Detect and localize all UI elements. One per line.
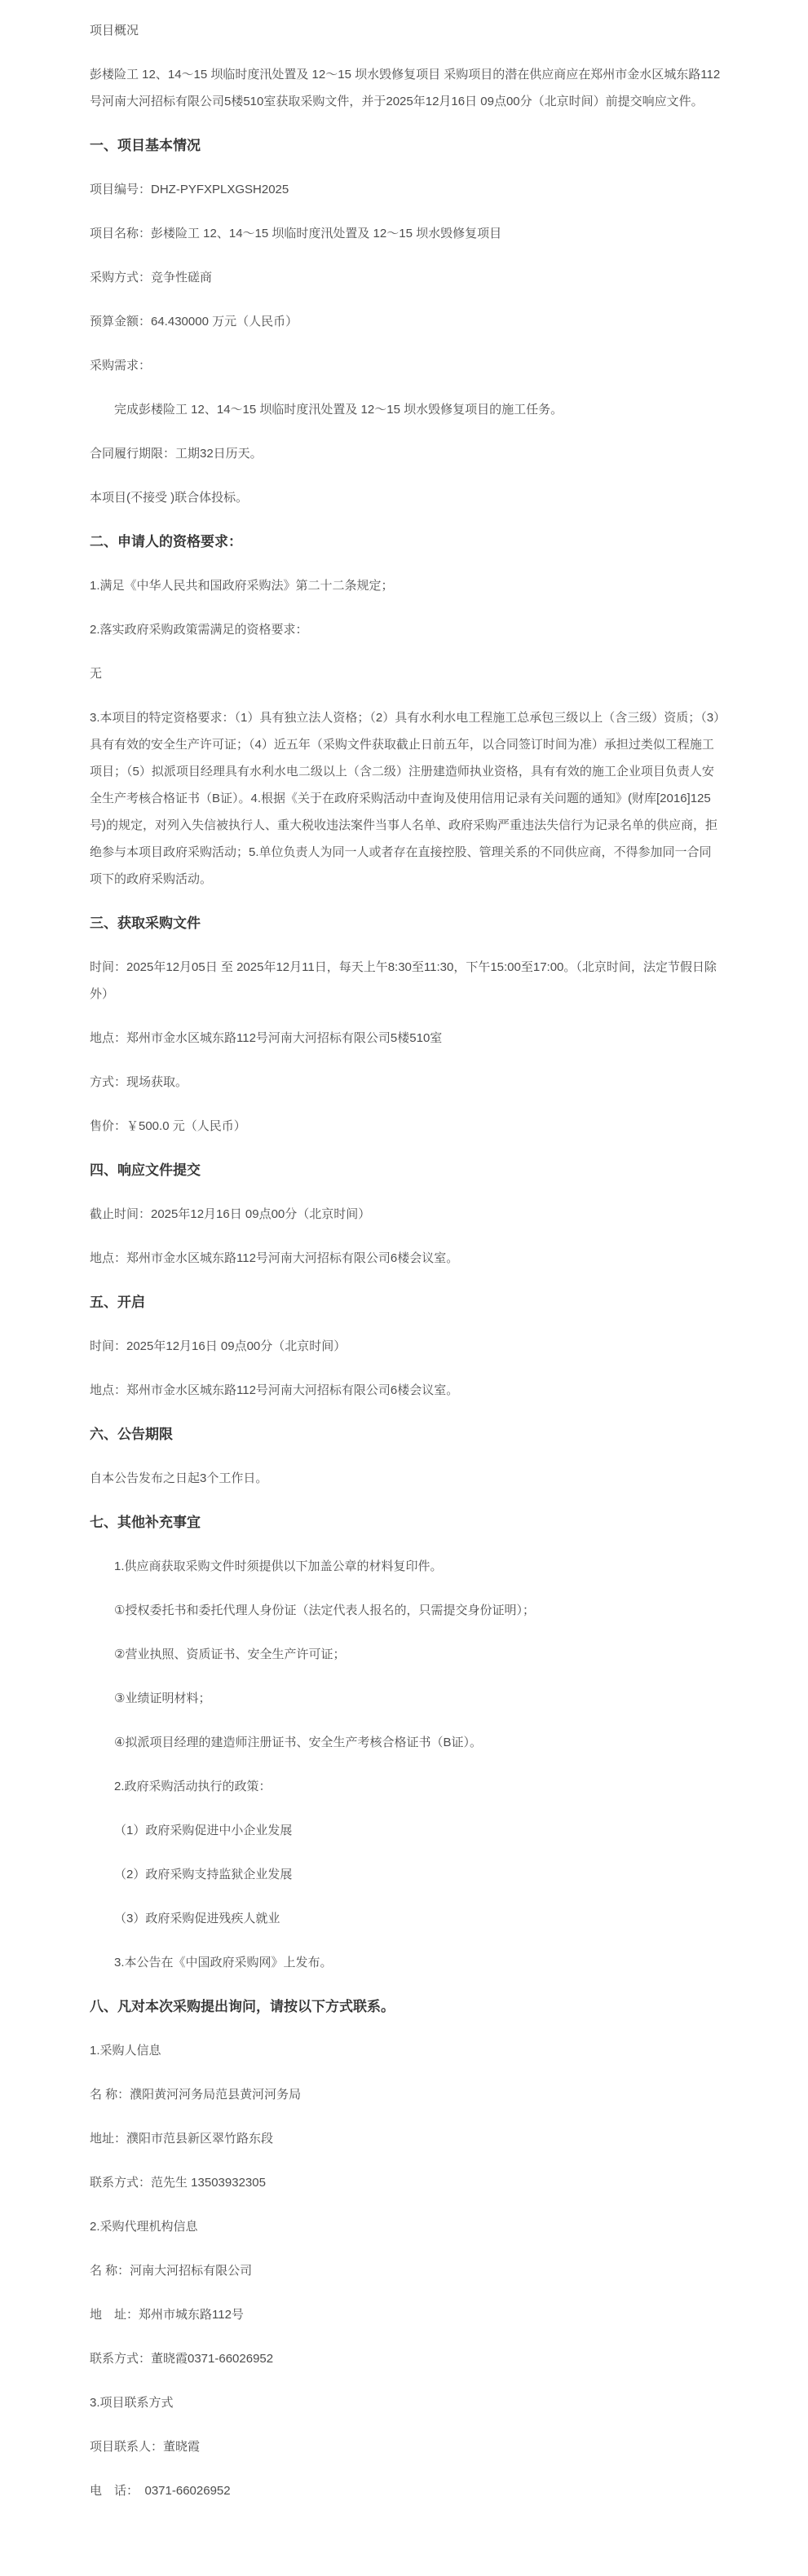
paragraph: 预算金额：64.430000 万元（人民币） (90, 308, 722, 335)
paragraph: ②营业执照、资质证书、安全生产许可证； (90, 1641, 722, 1668)
paragraph: 项目联系人：董晓霞 (90, 2433, 722, 2460)
paragraph: 名 称：濮阳黄河河务局范县黄河河务局 (90, 2081, 722, 2108)
paragraph: 项目编号：DHZ-PYFXPLXGSH2025 (90, 176, 722, 203)
paragraph: 2.政府采购活动执行的政策： (90, 1773, 722, 1800)
paragraph: 截止时间：2025年12月16日 09点00分（北京时间） (90, 1201, 722, 1228)
paragraph: 本项目(不接受 )联合体投标。 (90, 484, 722, 511)
paragraph: 联系方式：范先生 13503932305 (90, 2169, 722, 2196)
paragraph: 彭楼险工 12、14～15 坝临时度汛处置及 12～15 坝水毁修复项目 采购项… (90, 61, 722, 115)
section-heading: 五、开启 (90, 1289, 722, 1316)
section-heading: 六、公告期限 (90, 1421, 722, 1448)
paragraph: 3.本项目的特定资格要求：（1）具有独立法人资格；（2）具有水利水电工程施工总承… (90, 704, 722, 893)
paragraph: ④拟派项目经理的建造师注册证书、安全生产考核合格证书（B证）。 (90, 1729, 722, 1756)
paragraph: 1.满足《中华人民共和国政府采购法》第二十二条规定； (90, 572, 722, 599)
paragraph: 项目概况 (90, 17, 722, 44)
paragraph: 自本公告发布之日起3个工作日。 (90, 1465, 722, 1492)
paragraph: 采购方式：竞争性磋商 (90, 264, 722, 291)
paragraph: 联系方式：董晓霞0371-66026952 (90, 2345, 722, 2372)
section-heading: 一、项目基本情况 (90, 132, 722, 159)
paragraph: 地 址：郑州市城东路112号 (90, 2301, 722, 2328)
paragraph: 售价：￥500.0 元（人民币） (90, 1113, 722, 1140)
section-heading: 二、申请人的资格要求： (90, 528, 722, 555)
section-heading: 四、响应文件提交 (90, 1157, 722, 1184)
paragraph: 电 话： 0371-66026952 (90, 2477, 722, 2504)
paragraph: 3.本公告在《中国政府采购网》上发布。 (90, 1949, 722, 1976)
paragraph: 时间：2025年12月05日 至 2025年12月11日，每天上午8:30至11… (90, 954, 722, 1008)
section-heading: 三、获取采购文件 (90, 910, 722, 937)
section-heading: 八、凡对本次采购提出询问，请按以下方式联系。 (90, 1993, 722, 2020)
paragraph: 地点：郑州市金水区城东路112号河南大河招标有限公司6楼会议室。 (90, 1245, 722, 1272)
paragraph: 名 称：河南大河招标有限公司 (90, 2257, 722, 2284)
paragraph: 无 (90, 660, 722, 687)
paragraph: 1.采购人信息 (90, 2037, 722, 2064)
paragraph: 采购需求： (90, 352, 722, 379)
procurement-announcement-document: 项目概况彭楼险工 12、14～15 坝临时度汛处置及 12～15 坝水毁修复项目… (0, 0, 808, 2576)
paragraph: 3.项目联系方式 (90, 2389, 722, 2416)
paragraph: 1.供应商获取采购文件时须提供以下加盖公章的材料复印件。 (90, 1553, 722, 1580)
paragraph: ③业绩证明材料； (90, 1685, 722, 1712)
paragraph: 合同履行期限：工期32日历天。 (90, 440, 722, 467)
paragraph: 地点：郑州市金水区城东路112号河南大河招标有限公司6楼会议室。 (90, 1377, 722, 1404)
paragraph: 项目名称：彭楼险工 12、14～15 坝临时度汛处置及 12～15 坝水毁修复项… (90, 220, 722, 247)
paragraph: ①授权委托书和委托代理人身份证（法定代表人报名的，只需提交身份证明）； (90, 1597, 722, 1624)
paragraph: 完成彭楼险工 12、14～15 坝临时度汛处置及 12～15 坝水毁修复项目的施… (90, 396, 722, 423)
paragraph: 2.落实政府采购政策需满足的资格要求： (90, 616, 722, 643)
paragraph: 地址：濮阳市范县新区翠竹路东段 (90, 2125, 722, 2152)
section-heading: 七、其他补充事宜 (90, 1509, 722, 1536)
paragraph: （1）政府采购促进中小企业发展 (90, 1817, 722, 1844)
paragraph: 2.采购代理机构信息 (90, 2213, 722, 2240)
paragraph: （2）政府采购支持监狱企业发展 (90, 1861, 722, 1888)
paragraph: （3）政府采购促进残疾人就业 (90, 1905, 722, 1932)
paragraph: 时间：2025年12月16日 09点00分（北京时间） (90, 1333, 722, 1360)
paragraph: 地点：郑州市金水区城东路112号河南大河招标有限公司5楼510室 (90, 1025, 722, 1052)
paragraph: 方式：现场获取。 (90, 1069, 722, 1096)
